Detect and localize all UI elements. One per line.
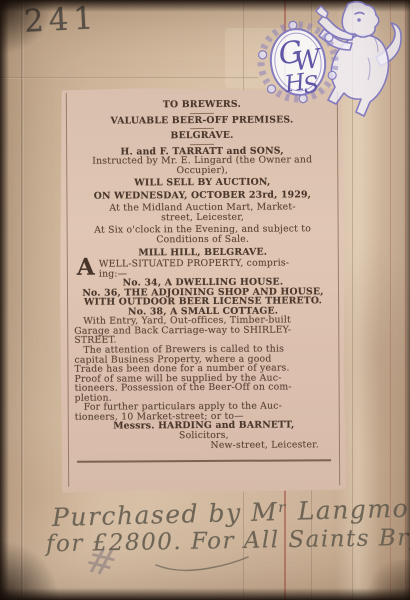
page-number: 241 bbox=[23, 0, 99, 40]
clipping-line: street, Leicester, bbox=[74, 212, 332, 223]
clipping-line: ON WEDNESDAY, OCTOBER 23rd, 1929, bbox=[73, 190, 331, 201]
scrapbook-page: 241 TO BREWERS.VALUABLE BEER-OFF PREMISE… bbox=[0, 0, 410, 600]
clipping-text: TO BREWERS.VALUABLE BEER-OFF PREMISES.BE… bbox=[66, 91, 340, 487]
drop-cap-paragraph: AWELL-SITUATED PROPERTY, compris-ing:— bbox=[74, 258, 332, 279]
clipping-line: Conditions of Sale. bbox=[74, 234, 332, 245]
flourish-underline bbox=[152, 552, 252, 574]
clipping-line: ing:— bbox=[99, 268, 332, 279]
page-crease-vertical bbox=[21, 0, 24, 600]
lion-paw-icon bbox=[316, 6, 328, 18]
lion-icon bbox=[318, 2, 401, 116]
news-clipping: TO BREWERS.VALUABLE BEER-OFF PREMISES.BE… bbox=[59, 87, 346, 493]
gwhs-watermark: G W H S bbox=[252, 0, 410, 120]
clipping-line: New-street, Leicester. bbox=[75, 440, 333, 451]
clipping-rule bbox=[77, 451, 331, 463]
clipping-line: MILL HILL, BELGRAVE. bbox=[74, 247, 332, 258]
page-crease-horizontal bbox=[0, 77, 258, 79]
scrapbook-photo: { "page": { "number": "241", "background… bbox=[0, 0, 410, 600]
clipping-line: Occupier), bbox=[73, 165, 331, 176]
edge-shadow-left bbox=[0, 0, 9, 600]
clipping-line: WILL SELL BY AUCTION, bbox=[73, 177, 331, 188]
drop-cap: A bbox=[77, 258, 95, 278]
